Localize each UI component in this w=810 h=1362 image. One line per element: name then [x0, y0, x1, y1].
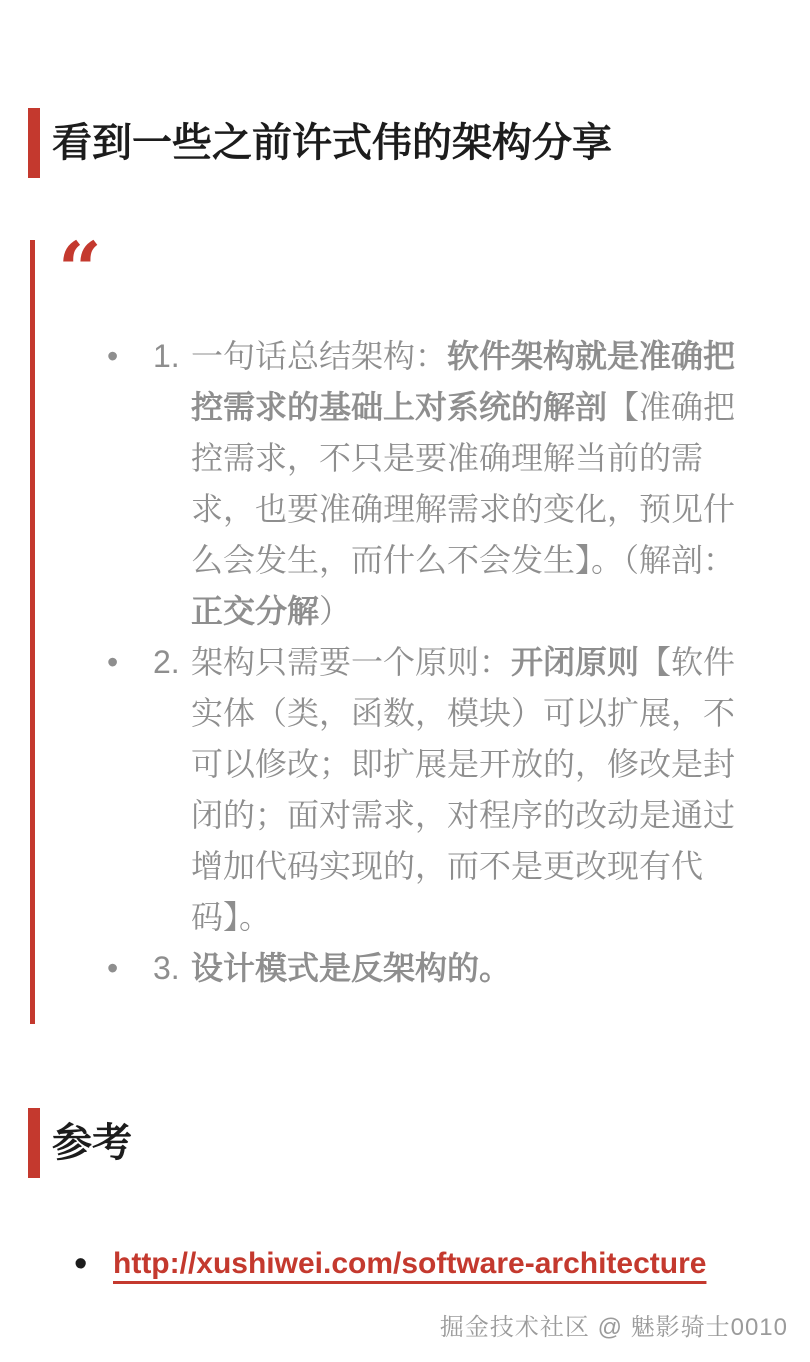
- quote-block: “ •1.一句话总结架构：软件架构就是准确把控需求的基础上对系统的解剖【准确把控…: [30, 240, 810, 1024]
- list-item-number: 2.: [153, 637, 191, 688]
- quote-text: 一句话总结架构：: [191, 338, 447, 374]
- list-bullet-icon: •: [74, 1242, 113, 1286]
- reference-list: • http://xushiwei.com/software-architect…: [0, 1242, 810, 1286]
- list-bullet-icon: •: [107, 943, 153, 994]
- list-item-text: 一句话总结架构：软件架构就是准确把控需求的基础上对系统的解剖【准确把控需求，不只…: [191, 331, 743, 637]
- quote-text: ）: [319, 593, 351, 629]
- quote-text-bold: 开闭原则: [511, 644, 639, 680]
- reference-link[interactable]: http://xushiwei.com/software-architectur…: [113, 1242, 706, 1286]
- reference-heading-label: 参考: [52, 1123, 132, 1163]
- list-item-text: 设计模式是反架构的。: [191, 943, 743, 994]
- article-page: 看到一些之前许式伟的架构分享 “ •1.一句话总结架构：软件架构就是准确把控需求…: [0, 0, 810, 1286]
- reference-list-item: • http://xushiwei.com/software-architect…: [0, 1242, 810, 1286]
- article-title-heading: 看到一些之前许式伟的架构分享: [28, 0, 810, 178]
- list-bullet-icon: •: [107, 637, 153, 688]
- quote-list: •1.一句话总结架构：软件架构就是准确把控需求的基础上对系统的解剖【准确把控需求…: [35, 331, 810, 994]
- quote-list-item: •1.一句话总结架构：软件架构就是准确把控需求的基础上对系统的解剖【准确把控需求…: [35, 331, 810, 637]
- quote-mark-icon: “: [58, 246, 810, 294]
- reference-heading: 参考: [28, 1108, 810, 1178]
- quote-text: 【软件实体（类，函数，模块）可以扩展，不可以修改；即扩展是开放的，修改是封闭的；…: [191, 644, 735, 935]
- quote-text: 架构只需要一个原则：: [191, 644, 511, 680]
- quote-text-bold: 正交分解: [191, 593, 319, 629]
- quote-text-bold: 设计模式是反架构的。: [191, 950, 511, 986]
- list-item-number: 3.: [153, 943, 191, 994]
- list-item-text: 架构只需要一个原则：开闭原则【软件实体（类，函数，模块）可以扩展，不可以修改；即…: [191, 637, 743, 943]
- heading-accent-bar: [28, 1108, 40, 1178]
- heading-accent-bar: [28, 108, 40, 178]
- article-title: 看到一些之前许式伟的架构分享: [52, 123, 612, 163]
- watermark: 掘金技术社区 @ 魅影骑士0010: [440, 1307, 788, 1342]
- list-item-number: 1.: [153, 331, 191, 382]
- quote-list-item: •3.设计模式是反架构的。: [35, 943, 810, 994]
- list-bullet-icon: •: [107, 331, 153, 382]
- quote-list-item: •2.架构只需要一个原则：开闭原则【软件实体（类，函数，模块）可以扩展，不可以修…: [35, 637, 810, 943]
